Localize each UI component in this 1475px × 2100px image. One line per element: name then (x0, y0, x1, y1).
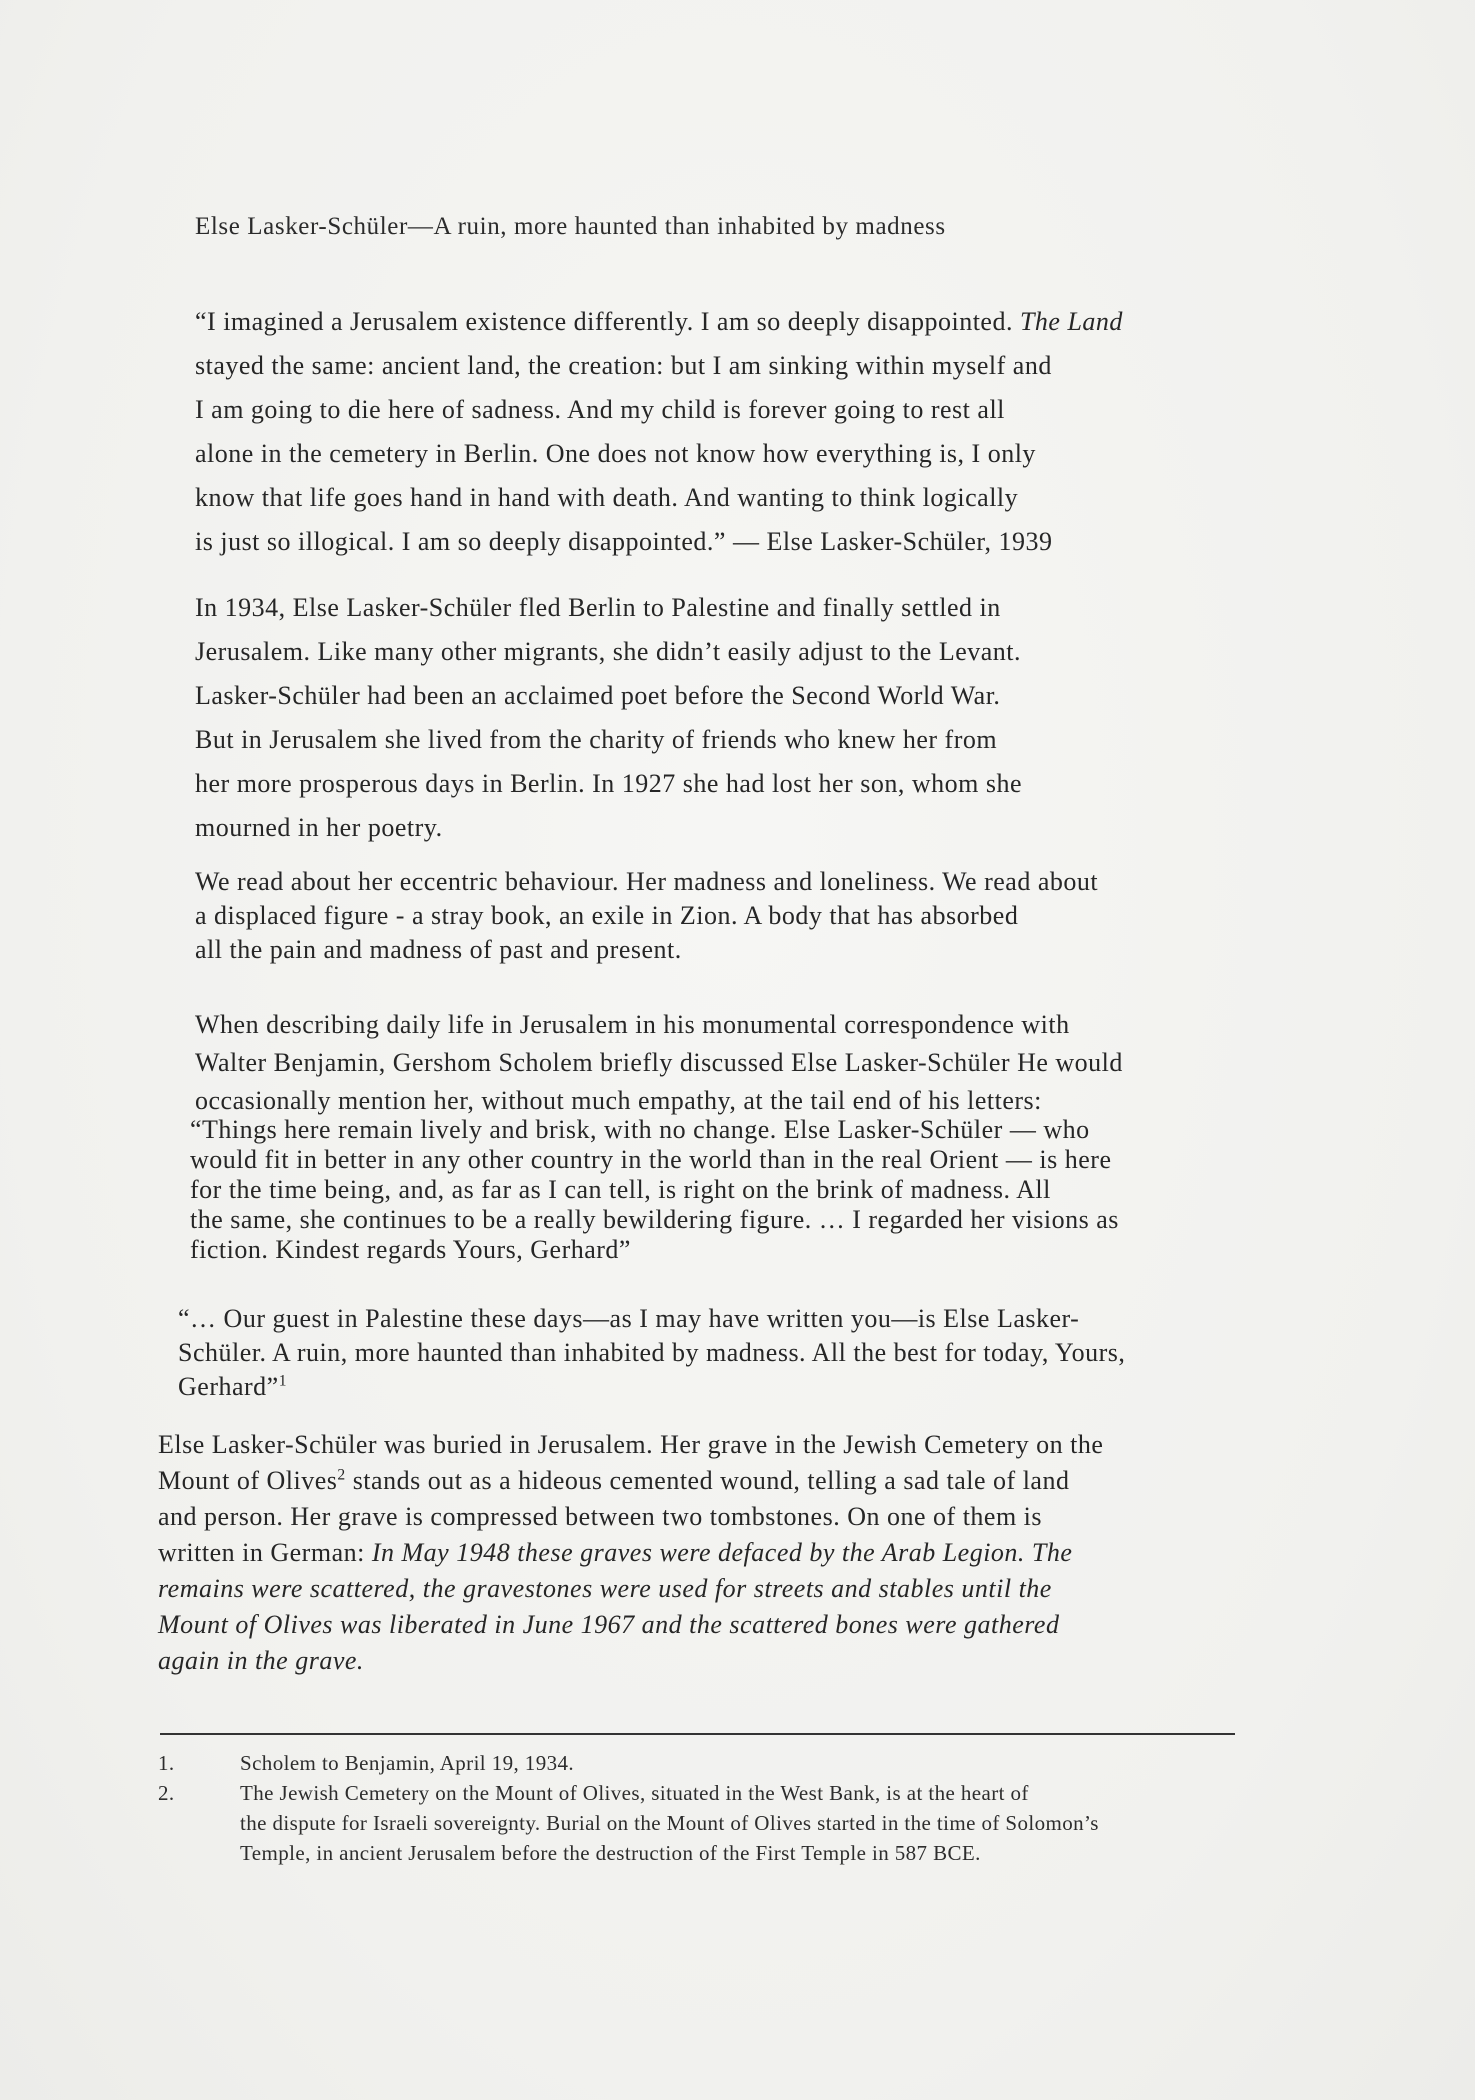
text-line: Mount of Olives was liberated in June 19… (158, 1607, 1418, 1643)
footnote-line: the dispute for Israeli sovereignty. Bur… (240, 1808, 1099, 1838)
footnote-number: 2. (158, 1778, 240, 1808)
text-line: “Things here remain lively and brisk, wi… (190, 1115, 1405, 1145)
text-line: stayed the same: ancient land, the creat… (195, 344, 1410, 388)
text-line: When describing daily life in Jerusalem … (195, 1006, 1410, 1044)
text-line: know that life goes hand in hand with de… (195, 476, 1410, 520)
letter-quote-2: “… Our guest in Palestine these days—as … (178, 1302, 1393, 1404)
text-line: the same, she continues to be a really b… (190, 1205, 1405, 1235)
text-line: for the time being, and, as far as I can… (190, 1175, 1405, 1205)
footnote-divider (160, 1733, 1235, 1735)
footnote-line: Scholem to Benjamin, April 19, 1934. (240, 1748, 574, 1778)
text-line: “… Our guest in Palestine these days—as … (178, 1302, 1393, 1336)
text-line: is just so illogical. I am so deeply dis… (195, 520, 1410, 564)
footnotes: 1. Scholem to Benjamin, April 19, 1934. … (158, 1748, 1428, 1868)
text-line: Schüler. A ruin, more haunted than inhab… (178, 1336, 1393, 1370)
reflection-paragraph: We read about her eccentric behaviour. H… (195, 865, 1410, 967)
text-line: again in the grave. (158, 1643, 1418, 1679)
text-line: all the pain and madness of past and pre… (195, 933, 1410, 967)
footnote-line: Temple, in ancient Jerusalem before the … (240, 1838, 1099, 1868)
text-line: and person. Her grave is compressed betw… (158, 1499, 1418, 1535)
letter-quote-1: “Things here remain lively and brisk, wi… (190, 1115, 1405, 1265)
text-line: Gerhard”1 (178, 1370, 1393, 1404)
grave-paragraph: Else Lasker-Schüler was buried in Jerusa… (158, 1427, 1418, 1679)
opening-quote-paragraph: “I imagined a Jerusalem existence differ… (195, 300, 1410, 564)
text-line: But in Jerusalem she lived from the char… (195, 718, 1410, 762)
text-line: fiction. Kindest regards Yours, Gerhard” (190, 1235, 1405, 1265)
text-line: Lasker-Schüler had been an acclaimed poe… (195, 674, 1410, 718)
page-title: Else Lasker-Schüler—A ruin, more haunted… (195, 213, 946, 241)
footnote-line: The Jewish Cemetery on the Mount of Oliv… (240, 1778, 1099, 1808)
text-line: I am going to die here of sadness. And m… (195, 388, 1410, 432)
text-line: alone in the cemetery in Berlin. One doe… (195, 432, 1410, 476)
footnote-1: 1. Scholem to Benjamin, April 19, 1934. (158, 1748, 1428, 1778)
text-line: written in German: In May 1948 these gra… (158, 1535, 1418, 1571)
text-line: mourned in her poetry. (195, 806, 1410, 850)
footnote-ref-2[interactable]: 2 (337, 1466, 345, 1483)
footnote-number: 1. (158, 1748, 240, 1778)
text-line: her more prosperous days in Berlin. In 1… (195, 762, 1410, 806)
footnote-2: 2. The Jewish Cemetery on the Mount of O… (158, 1778, 1428, 1868)
footnote-ref-1[interactable]: 1 (279, 1372, 287, 1389)
text-line: In 1934, Else Lasker-Schüler fled Berlin… (195, 586, 1410, 630)
text-line: “I imagined a Jerusalem existence differ… (195, 300, 1410, 344)
text-line: a displaced figure - a stray book, an ex… (195, 899, 1410, 933)
text-line: would fit in better in any other country… (190, 1145, 1405, 1175)
text-line: Else Lasker-Schüler was buried in Jerusa… (158, 1427, 1418, 1463)
scholem-paragraph: When describing daily life in Jerusalem … (195, 1006, 1410, 1120)
text-line: Jerusalem. Like many other migrants, she… (195, 630, 1410, 674)
text-line: We read about her eccentric behaviour. H… (195, 865, 1410, 899)
text-line: Walter Benjamin, Gershom Scholem briefly… (195, 1044, 1410, 1082)
text-line: Mount of Olives2 stands out as a hideous… (158, 1463, 1418, 1499)
text-line: remains were scattered, the gravestones … (158, 1571, 1418, 1607)
collage-page: Else Lasker-Schüler—A ruin, more haunted… (0, 0, 1475, 2100)
biography-paragraph: In 1934, Else Lasker-Schüler fled Berlin… (195, 586, 1410, 850)
